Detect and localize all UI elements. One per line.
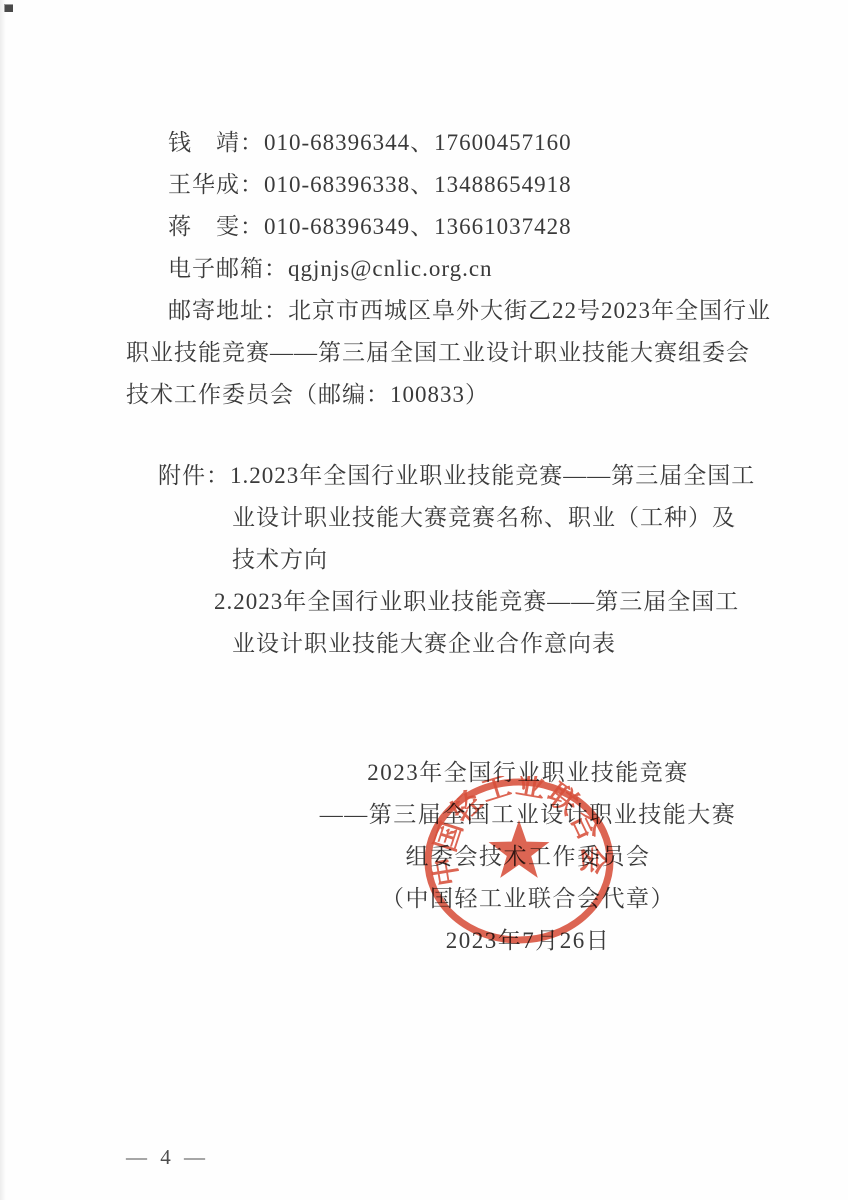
attachment-2-title-part1: 2023年全国行业职业技能竞赛——第三届全国工 bbox=[233, 589, 739, 614]
attachment-1-line-1: 附件：1.2023年全国行业职业技能竞赛——第三届全国工 bbox=[126, 455, 786, 497]
scanned-document-page: 钱 靖：010-68396344、17600457160 王华成：010-683… bbox=[0, 0, 848, 1200]
attachment-1-line-2: 业设计职业技能大赛竞赛名称、职业（工种）及 bbox=[126, 497, 786, 539]
page-edge-shadow bbox=[0, 0, 6, 1200]
signature-line-2: ——第三届全国工业设计职业技能大赛 bbox=[208, 794, 848, 836]
address-line-3: 技术工作委员会（邮编：100833） bbox=[126, 374, 766, 416]
attachment-2-line-2: 业设计职业技能大赛企业合作意向表 bbox=[126, 623, 786, 665]
contact-line-email: 电子邮箱：qgjnjs@cnlic.org.cn bbox=[126, 248, 766, 290]
signature-line-5: 2023年7月26日 bbox=[208, 920, 848, 962]
attachment-1-title-part1: 2023年全国行业职业技能竞赛——第三届全国工 bbox=[249, 463, 755, 488]
signature-line-1: 2023年全国行业职业技能竞赛 bbox=[208, 752, 848, 794]
contact-block: 钱 靖：010-68396344、17600457160 王华成：010-683… bbox=[126, 122, 766, 290]
mailing-address-paragraph: 邮寄地址：北京市西城区阜外大街乙22号2023年全国行业 职业技能竞赛——第三届… bbox=[126, 290, 766, 416]
contact-line-qianjing: 钱 靖：010-68396344、17600457160 bbox=[126, 122, 766, 164]
attachment-2-number: 2. bbox=[214, 589, 233, 614]
signature-line-3: 组委会技术工作委员会 bbox=[208, 836, 848, 878]
page-number: — 4 — bbox=[126, 1142, 209, 1172]
attachment-1-line-3: 技术方向 bbox=[126, 539, 786, 581]
signature-block: 2023年全国行业职业技能竞赛 ——第三届全国工业设计职业技能大赛 组委会技术工… bbox=[208, 752, 848, 962]
address-line-1: 邮寄地址：北京市西城区阜外大街乙22号2023年全国行业 bbox=[126, 290, 766, 332]
scan-corner-artifact bbox=[4, 4, 13, 12]
address-line-2: 职业技能竞赛——第三届全国工业设计职业技能大赛组委会 bbox=[126, 332, 766, 374]
contact-line-wanghuacheng: 王华成：010-68396338、13488654918 bbox=[126, 164, 766, 206]
attachment-2-line-1: 2.2023年全国行业职业技能竞赛——第三届全国工 bbox=[126, 581, 786, 623]
signature-line-4: （中国轻工业联合会代章） bbox=[208, 878, 848, 920]
attachments-block: 附件：1.2023年全国行业职业技能竞赛——第三届全国工 业设计职业技能大赛竞赛… bbox=[126, 455, 786, 665]
attachments-label: 附件： bbox=[158, 463, 230, 488]
contact-line-jiangwen: 蒋 雯：010-68396349、13661037428 bbox=[126, 206, 766, 248]
attachment-1-number: 1. bbox=[230, 463, 249, 488]
